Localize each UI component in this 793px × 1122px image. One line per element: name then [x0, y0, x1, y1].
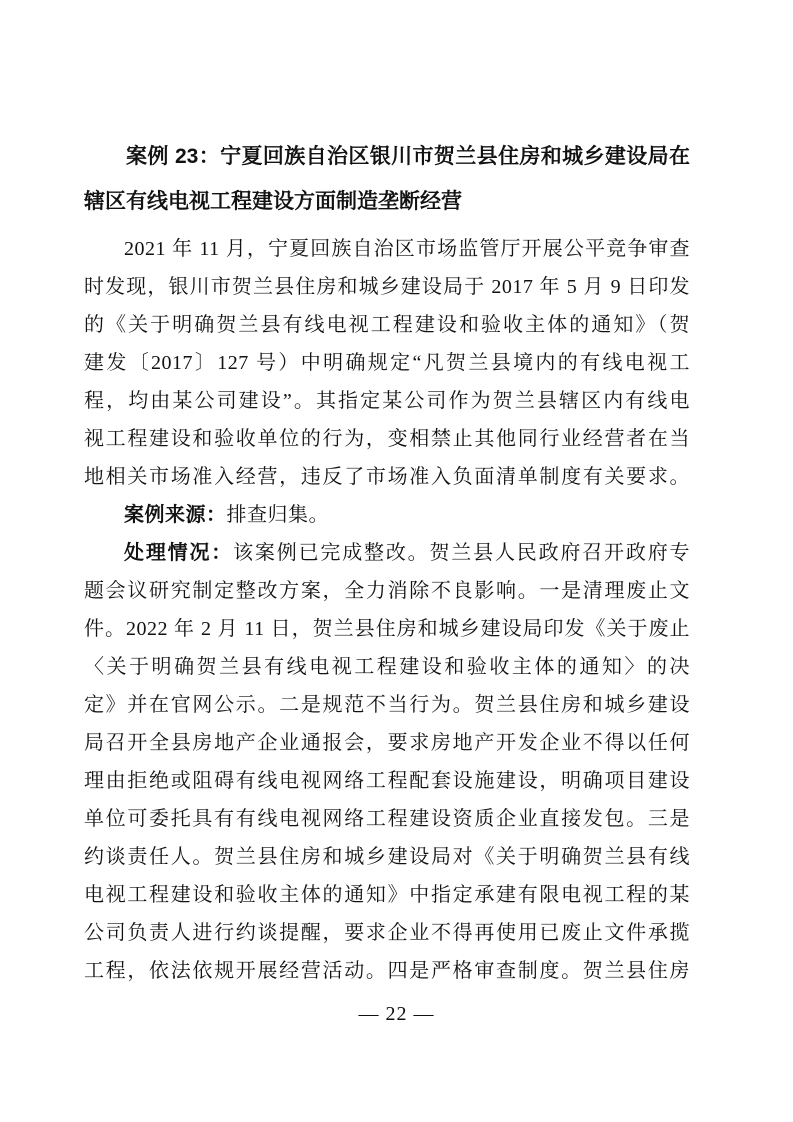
- body-line: 局召开全县房地产企业通报会，要求房地产开发企业不得以任何: [84, 724, 690, 762]
- document-page: 案例 23：宁夏回族自治区银川市贺兰县住房和城乡建设局在 辖区有线电视工程建设方…: [0, 0, 793, 1122]
- body-line: 工程，依法依规开展经营活动。四是严格审查制度。贺兰县住房: [84, 952, 690, 990]
- source-value: 排查归集。: [227, 504, 330, 526]
- body-line: 题会议研究制定整改方案，全力消除不良影响。一是清理废止文: [84, 572, 690, 610]
- body-line: 2021 年 11 月，宁夏回族自治区市场监管厅开展公平竞争审查: [84, 230, 690, 268]
- page-content: 案例 23：宁夏回族自治区银川市贺兰县住房和城乡建设局在 辖区有线电视工程建设方…: [84, 134, 690, 990]
- body-line: 公司负责人进行约谈提醒，要求企业不得再使用已废止文件承揽: [84, 914, 690, 952]
- case-heading-line-2: 辖区有线电视工程建设方面制造垄断经营: [84, 179, 690, 224]
- body-line: 理由拒绝或阻碍有线电视网络工程配套设施建设，明确项目建设: [84, 762, 690, 800]
- body-line: 〈关于明确贺兰县有线电视工程建设和验收主体的通知〉的决: [84, 648, 690, 686]
- page-number: — 22 —: [0, 1001, 793, 1027]
- intro-paragraph: 2021 年 11 月，宁夏回族自治区市场监管厅开展公平竞争审查 时发现，银川市…: [84, 230, 690, 496]
- body-line: 的《关于明确贺兰县有线电视工程建设和验收主体的通知》（贺: [84, 306, 690, 344]
- body-line: 定》并在官网公示。二是规范不当行为。贺兰县住房和城乡建设: [84, 686, 690, 724]
- body-line: 视工程建设和验收单位的行为，变相禁止其他同行业经营者在当: [84, 420, 690, 458]
- handling-paragraph: 处理情况：该案例已完成整改。贺兰县人民政府召开政府专 题会议研究制定整改方案，全…: [84, 534, 690, 990]
- source-label: 案例来源：: [124, 504, 227, 526]
- source-line: 案例来源：排查归集。: [84, 496, 690, 534]
- body-line: 约谈责任人。贺兰县住房和城乡建设局对《关于明确贺兰县有线: [84, 838, 690, 876]
- handling-first-line: 处理情况：该案例已完成整改。贺兰县人民政府召开政府专: [84, 534, 690, 572]
- case-heading: 案例 23：宁夏回族自治区银川市贺兰县住房和城乡建设局在 辖区有线电视工程建设方…: [84, 134, 690, 224]
- case-heading-line-1: 案例 23：宁夏回族自治区银川市贺兰县住房和城乡建设局在: [84, 134, 690, 179]
- body-line: 单位可委托具有有线电视网络工程建设资质企业直接发包。三是: [84, 800, 690, 838]
- handling-intro: 该案例已完成整改。贺兰县人民政府召开政府专: [233, 542, 690, 564]
- body-line: 建发〔2017〕127 号）中明确规定“凡贺兰县境内的有线电视工: [84, 344, 690, 382]
- body-line: 电视工程建设和验收主体的通知》中指定承建有限电视工程的某: [84, 876, 690, 914]
- body-line: 件。2022 年 2 月 11 日，贺兰县住房和城乡建设局印发《关于废止: [84, 610, 690, 648]
- body-line: 时发现，银川市贺兰县住房和城乡建设局于 2017 年 5 月 9 日印发: [84, 268, 690, 306]
- body-line: 地相关市场准入经营，违反了市场准入负面清单制度有关要求。: [84, 458, 690, 496]
- handling-label: 处理情况：: [124, 542, 233, 564]
- body-line: 程，均由某公司建设”。其指定某公司作为贺兰县辖区内有线电: [84, 382, 690, 420]
